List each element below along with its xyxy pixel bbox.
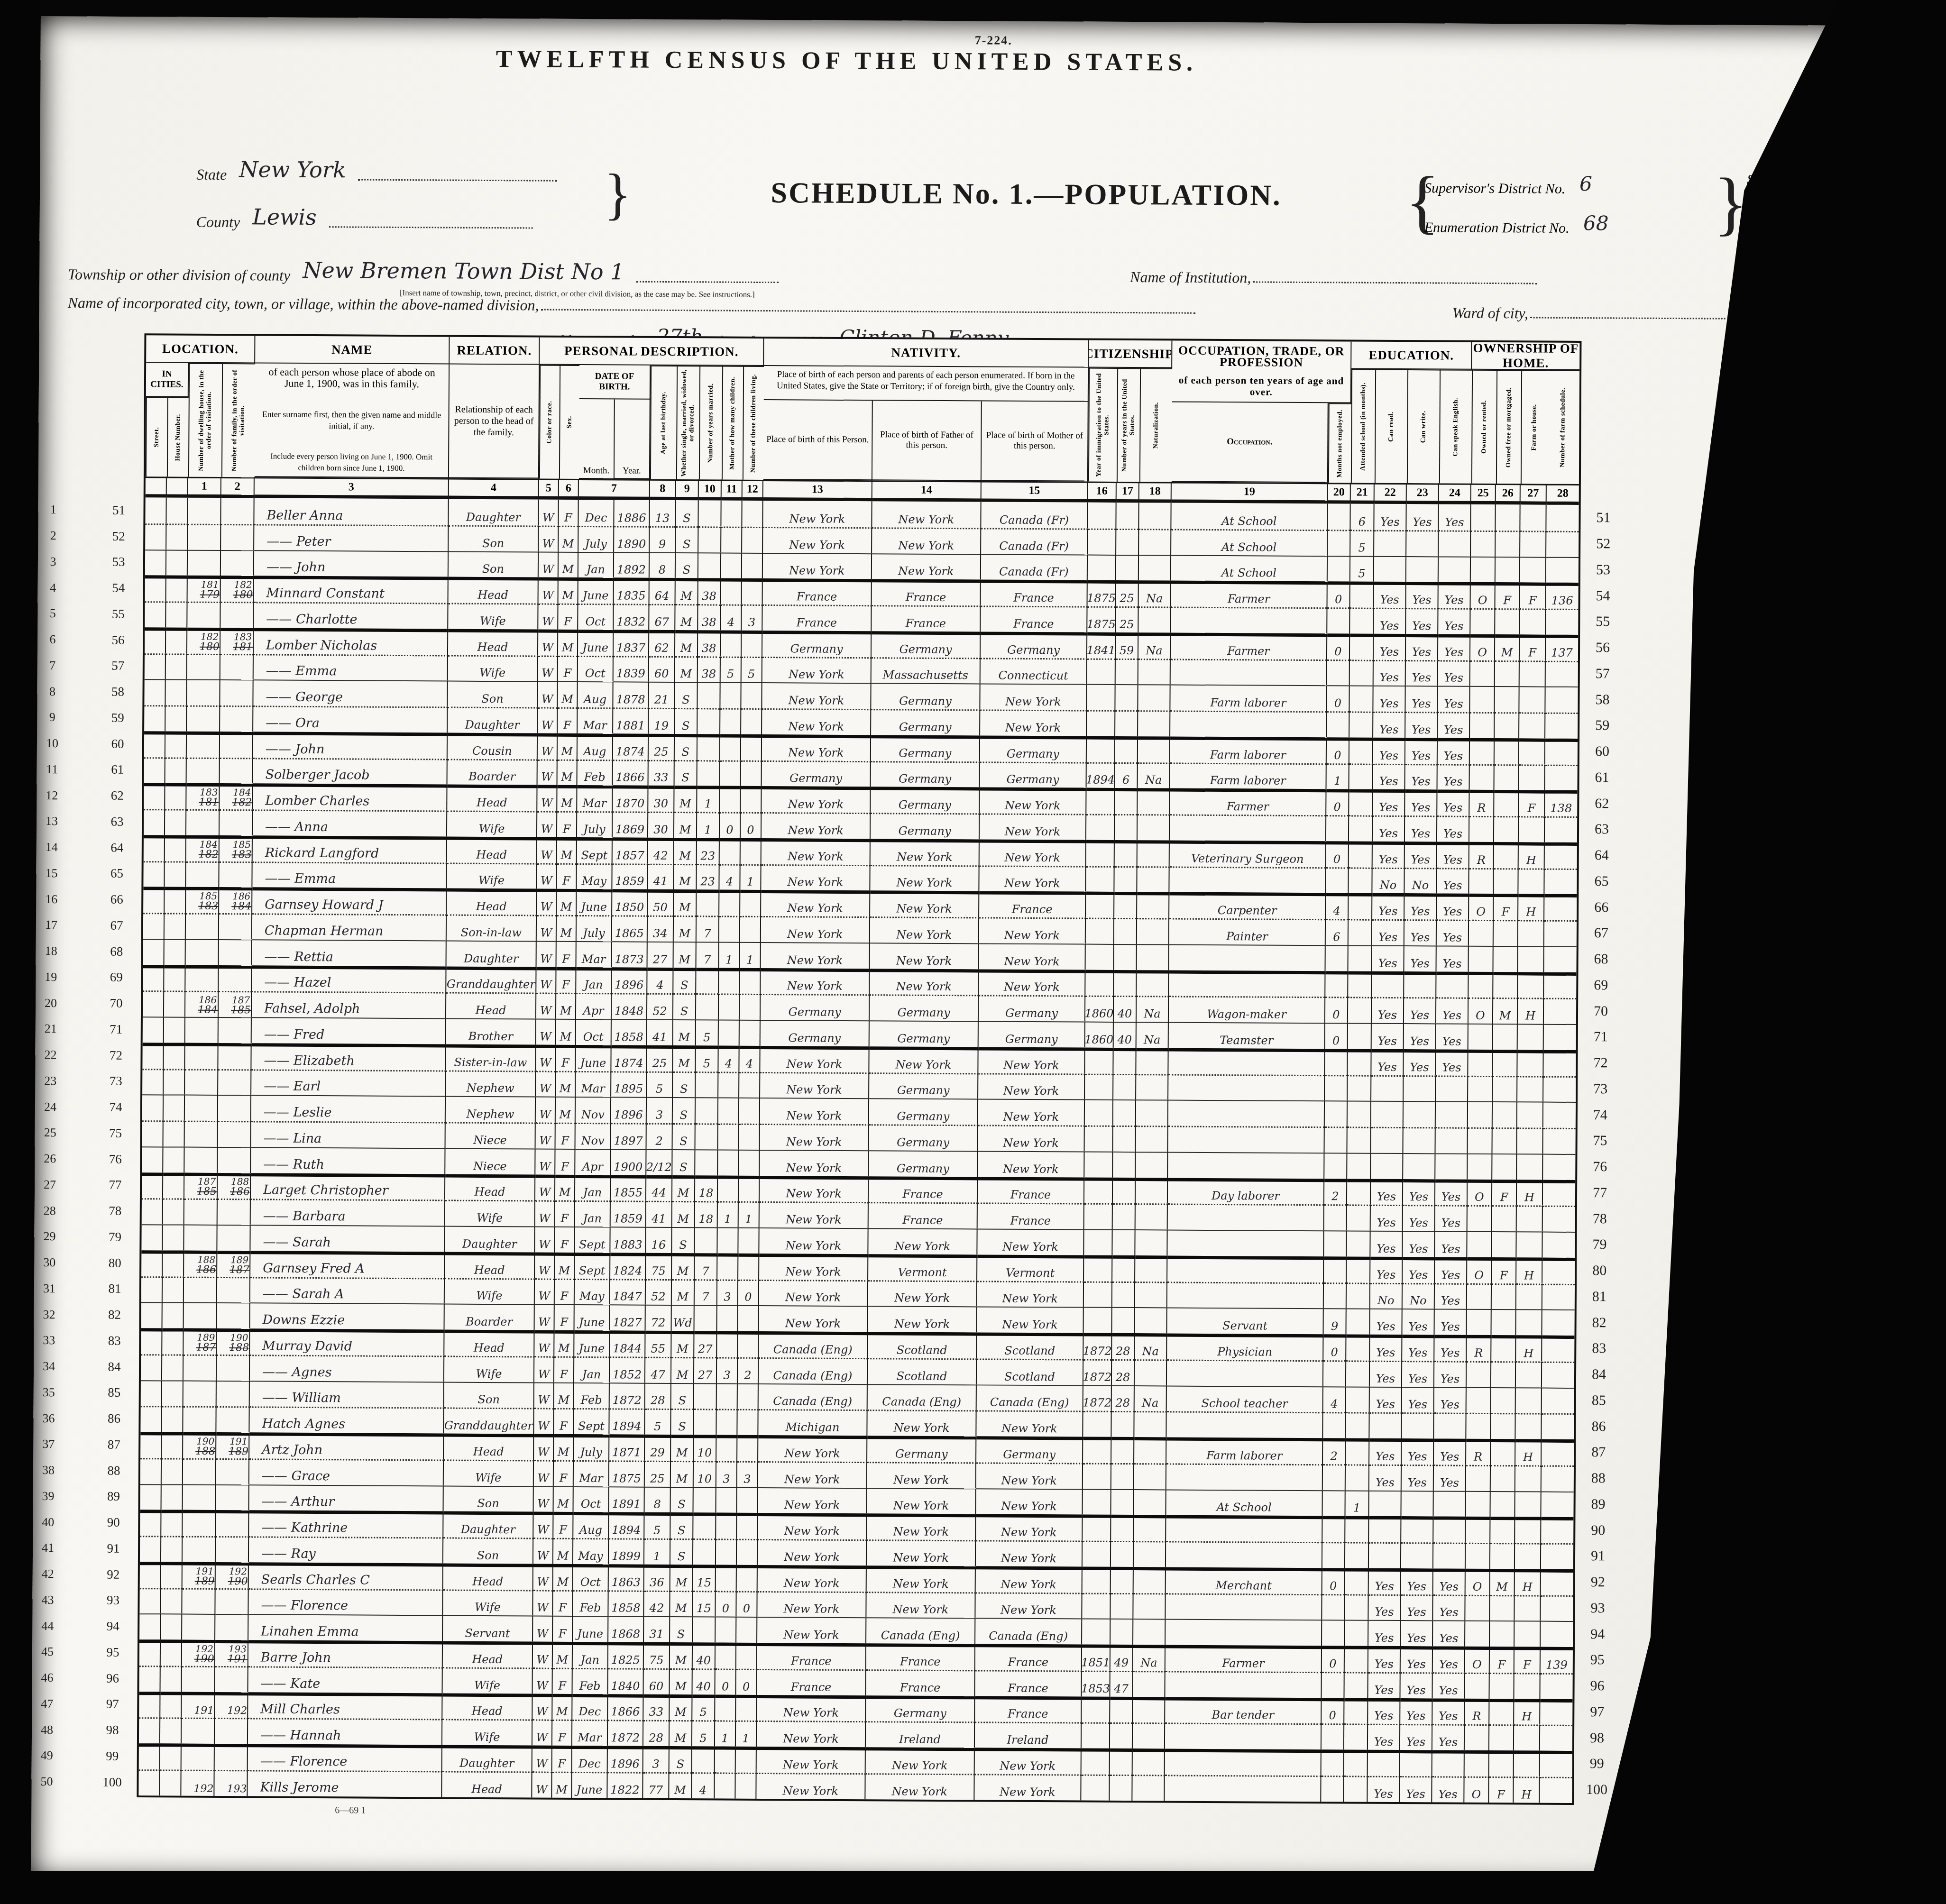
cell-house-number bbox=[163, 1302, 184, 1328]
cell-birth-year: 1858 bbox=[608, 1590, 644, 1616]
cell-farm-schedule bbox=[1544, 920, 1577, 946]
cell-years-married bbox=[693, 1513, 716, 1539]
cell-house-number bbox=[165, 783, 186, 809]
cell-attended-school bbox=[1349, 893, 1372, 919]
cell-owned-rented: O bbox=[1466, 1569, 1490, 1595]
line-number: 94 bbox=[1579, 1621, 1616, 1647]
census-sheet: 7-224. TWELFTH CENSUS OF THE UNITED STAT… bbox=[31, 16, 1848, 1890]
cell-mother-birthplace: Connecticut bbox=[981, 658, 1087, 684]
cell-color: W bbox=[536, 993, 556, 1019]
cell-free-mortgaged bbox=[1493, 1101, 1517, 1127]
township-rule bbox=[636, 281, 779, 284]
cell-years-in-us bbox=[1115, 840, 1138, 866]
col-canwrite-label: Can write. bbox=[1407, 369, 1440, 483]
cell-years-married: 5 bbox=[692, 1720, 715, 1746]
cell-age: 1 bbox=[644, 1538, 670, 1565]
cell-occupation: School teacher bbox=[1167, 1385, 1323, 1412]
cell-dwelling-number: 191189 bbox=[183, 1562, 216, 1588]
cell-age: 27 bbox=[648, 941, 674, 967]
cell-naturalization bbox=[1134, 1463, 1166, 1489]
cell-free-mortgaged bbox=[1492, 1127, 1517, 1153]
cell-street bbox=[139, 1588, 161, 1614]
cell-age: 30 bbox=[648, 786, 674, 812]
cell-years-married: 5 bbox=[696, 1045, 718, 1071]
cell-can-read: Yes bbox=[1372, 893, 1404, 919]
cell-years-married bbox=[698, 526, 721, 552]
county-line: County Lewis bbox=[196, 207, 533, 234]
col-farmschedule-label: Number of farm schedule. bbox=[1547, 370, 1579, 484]
cell-children-living: 3 bbox=[737, 1461, 758, 1487]
cell-occupation bbox=[1165, 1748, 1322, 1775]
line-number: 45 bbox=[35, 1639, 60, 1665]
cell-naturalization bbox=[1138, 788, 1170, 814]
cell-can-write bbox=[1404, 971, 1436, 998]
cell-can-speak-english: Yes bbox=[1436, 1023, 1469, 1049]
cell-birth-month: Jan bbox=[576, 967, 612, 993]
ward-rule bbox=[1530, 317, 1729, 319]
cell-mother-of-children bbox=[720, 708, 741, 734]
cell-free-mortgaged bbox=[1493, 972, 1518, 998]
cell-naturalization bbox=[1136, 1203, 1168, 1229]
cell-street bbox=[145, 575, 166, 601]
cell-naturalization bbox=[1139, 503, 1171, 529]
cell-father-birthplace: New York bbox=[867, 1410, 976, 1436]
cell-free-mortgaged bbox=[1493, 1024, 1518, 1050]
cell-birth-month: June bbox=[578, 630, 614, 656]
cell-color: W bbox=[537, 915, 557, 941]
cell-occupation bbox=[1168, 1204, 1324, 1230]
line-number: 96 bbox=[94, 1665, 132, 1691]
cell-years-married bbox=[694, 1305, 717, 1331]
cell-house-number bbox=[160, 1692, 182, 1718]
cell-color: W bbox=[532, 1693, 552, 1720]
cell-months-not-employed: 0 bbox=[1323, 1334, 1346, 1360]
cell-birthplace: New York bbox=[758, 1487, 867, 1513]
cell-birth-month: Aug bbox=[578, 681, 613, 707]
cell-color: W bbox=[535, 1304, 555, 1330]
cell-children-living: 5 bbox=[742, 656, 762, 682]
cell-years-married bbox=[696, 1123, 718, 1149]
cell-can-read bbox=[1369, 1516, 1401, 1542]
township-label: Township or other division of county bbox=[68, 265, 290, 284]
cell-birth-month: Nov bbox=[576, 1097, 611, 1123]
cell-birth-year: 1847 bbox=[610, 1279, 646, 1305]
cell-father-birthplace: New York bbox=[868, 1228, 977, 1254]
cell-birthplace: New York bbox=[762, 734, 871, 761]
cell-free-mortgaged bbox=[1492, 1231, 1516, 1257]
cell-birth-month: Mar bbox=[577, 785, 613, 811]
cell-name: Downs Ezzie bbox=[250, 1303, 445, 1330]
cell-relation: Daughter bbox=[445, 1226, 535, 1252]
column-number: 22 bbox=[1375, 483, 1407, 504]
column-number: 19 bbox=[1172, 482, 1328, 504]
cell-children-living: 3 bbox=[742, 604, 762, 631]
cell-dwelling-number: 190188 bbox=[183, 1432, 216, 1458]
column-number: 13 bbox=[763, 480, 872, 501]
cell-birth-month: Oct bbox=[573, 1564, 609, 1590]
cell-mother-of-children: 3 bbox=[716, 1461, 737, 1487]
cell-street bbox=[144, 705, 165, 731]
cell-dwelling-number bbox=[187, 653, 220, 679]
supervisor-value: 6 bbox=[1569, 172, 1603, 195]
cell-farm-or-house bbox=[1516, 1387, 1542, 1413]
line-number: 40 bbox=[36, 1509, 60, 1535]
cell-name: —— Lina bbox=[251, 1121, 446, 1148]
table-body: Beller AnnaDaughterWFDec188613SNew YorkN… bbox=[138, 497, 1579, 1803]
cell-can-write: Yes bbox=[1400, 1698, 1432, 1724]
cell-years-married bbox=[695, 1227, 717, 1253]
cell-months-not-employed: 4 bbox=[1326, 893, 1349, 919]
cell-months-not-employed bbox=[1322, 1594, 1345, 1620]
cell-color: W bbox=[535, 1278, 555, 1304]
cell-family-number bbox=[220, 732, 253, 758]
cell-months-not-employed bbox=[1328, 556, 1350, 582]
cell-can-read bbox=[1374, 530, 1406, 556]
cell-house-number bbox=[162, 1354, 184, 1380]
column-number: 9 bbox=[676, 479, 699, 500]
cell-owned-rented bbox=[1470, 608, 1495, 634]
cell-dwelling-number bbox=[182, 1718, 215, 1744]
line-number: 31 bbox=[37, 1275, 62, 1301]
cell-house-number bbox=[161, 1639, 182, 1666]
cell-birth-month: Sept bbox=[575, 1227, 610, 1253]
line-number: 93 bbox=[1579, 1595, 1616, 1621]
cell-years-in-us: 47 bbox=[1110, 1671, 1133, 1697]
cell-years-married: 15 bbox=[693, 1565, 716, 1591]
cell-can-read: Yes bbox=[1371, 1049, 1404, 1075]
cell-mother-of-children bbox=[715, 1746, 736, 1772]
line-number: 54 bbox=[100, 575, 138, 601]
cell-naturalization: Na bbox=[1133, 1645, 1166, 1671]
cell-father-birthplace: Scotland bbox=[868, 1358, 977, 1384]
cell-mother-of-children bbox=[715, 1694, 736, 1721]
cell-children-living bbox=[737, 1565, 758, 1591]
cell-house-number bbox=[165, 705, 187, 731]
line-number: 82 bbox=[1580, 1309, 1617, 1336]
cell-immigration-year bbox=[1082, 1593, 1111, 1619]
cell-mother-birthplace: Canada (Fr) bbox=[981, 502, 1088, 528]
line-number: 68 bbox=[98, 938, 136, 964]
cell-immigration-year bbox=[1085, 1073, 1113, 1099]
cell-relation: Head bbox=[447, 836, 537, 863]
microfilm-scan: 7-224. TWELFTH CENSUS OF THE UNITED STAT… bbox=[0, 0, 1946, 1904]
cell-dwelling-number bbox=[182, 1744, 215, 1770]
cell-attended-school bbox=[1346, 1412, 1369, 1438]
cell-color: W bbox=[534, 1408, 554, 1434]
col-farmhouse-label: Farm or house. bbox=[1521, 370, 1547, 484]
cell-owned-rented: O bbox=[1469, 894, 1494, 920]
cell-sex: F bbox=[552, 1746, 572, 1772]
cell-birth-month: Aug bbox=[573, 1512, 609, 1538]
cell-birth-year: 1870 bbox=[613, 786, 648, 812]
cell-months-not-employed bbox=[1322, 1490, 1345, 1516]
cell-relation: Head bbox=[443, 1563, 533, 1590]
cell-can-write: Yes bbox=[1400, 1724, 1432, 1750]
cell-months-not-employed: 2 bbox=[1323, 1438, 1346, 1464]
cell-months-not-employed bbox=[1323, 1464, 1346, 1490]
cell-house-number bbox=[166, 601, 187, 627]
cell-naturalization bbox=[1134, 1567, 1166, 1593]
cell-months-not-employed: 0 bbox=[1322, 1698, 1344, 1724]
cell-name: Searls Charles C bbox=[249, 1562, 443, 1589]
cell-occupation: Farm laborer bbox=[1166, 1437, 1323, 1464]
cell-can-read: Yes bbox=[1372, 997, 1404, 1023]
cell-children-living: 0 bbox=[736, 1668, 757, 1694]
cell-can-speak-english: Yes bbox=[1433, 1620, 1465, 1647]
cell-occupation: Farm laborer bbox=[1170, 685, 1327, 711]
cell-occupation: Farm laborer bbox=[1170, 762, 1327, 789]
cell-color: W bbox=[534, 1330, 554, 1356]
name-desc-note1: Enter surname first, then the given name… bbox=[257, 408, 445, 432]
cell-father-birthplace: Germany bbox=[869, 1150, 978, 1177]
cell-children-living: 1 bbox=[740, 864, 761, 890]
cell-years-married bbox=[696, 968, 719, 994]
cell-father-birthplace: New York bbox=[867, 1539, 976, 1566]
cell-owned-rented bbox=[1469, 764, 1494, 790]
cell-can-speak-english bbox=[1433, 1517, 1466, 1543]
cell-marital-status: Wd bbox=[671, 1305, 694, 1331]
column-number: 27 bbox=[1521, 484, 1547, 504]
cell-sex: F bbox=[558, 655, 578, 681]
cell-owned-rented bbox=[1468, 1153, 1492, 1180]
cell-immigration-year bbox=[1085, 1099, 1113, 1126]
cell-color: W bbox=[537, 889, 557, 915]
cell-children-living bbox=[737, 1513, 758, 1539]
cell-months-not-employed: 0 bbox=[1325, 997, 1348, 1023]
cell-birth-month: Sept bbox=[577, 837, 613, 863]
cell-family-number bbox=[220, 679, 253, 705]
line-number: 14 bbox=[39, 834, 64, 860]
cell-naturalization bbox=[1133, 1671, 1165, 1697]
cell-marital-status: M bbox=[672, 1201, 695, 1227]
cell-name: —— Emma bbox=[254, 654, 448, 681]
cell-children-living bbox=[741, 838, 762, 864]
cell-can-write bbox=[1401, 1516, 1433, 1542]
line-number: 62 bbox=[1583, 790, 1620, 816]
cell-birth-year: 1896 bbox=[611, 1097, 647, 1123]
cell-occupation: Physician bbox=[1167, 1333, 1323, 1360]
cell-attended-school bbox=[1347, 1205, 1371, 1231]
line-number: 10 bbox=[40, 731, 64, 757]
cell-owned-rented bbox=[1468, 1050, 1493, 1076]
cell-naturalization bbox=[1138, 814, 1170, 840]
cell-name: Hatch Agnes bbox=[249, 1407, 444, 1434]
cell-can-write bbox=[1406, 556, 1439, 582]
cell-occupation bbox=[1168, 1126, 1324, 1152]
line-number: 35 bbox=[37, 1379, 61, 1405]
cell-name: Chapman Herman bbox=[252, 913, 447, 940]
cell-naturalization bbox=[1133, 1593, 1166, 1619]
cell-attended-school bbox=[1346, 1386, 1370, 1412]
cell-can-write: Yes bbox=[1405, 842, 1437, 868]
cell-marital-status: M bbox=[671, 1461, 694, 1487]
cell-naturalization bbox=[1139, 555, 1171, 581]
cell-free-mortgaged bbox=[1496, 531, 1520, 557]
cell-street bbox=[143, 913, 165, 939]
cell-months-not-employed bbox=[1325, 1100, 1348, 1126]
cell-mother-birthplace: Canada (Fr) bbox=[981, 554, 1088, 580]
cell-mother-birthplace: New York bbox=[978, 1151, 1084, 1177]
cell-birth-year: 1822 bbox=[607, 1772, 643, 1798]
cell-marital-status: M bbox=[674, 864, 697, 890]
schedule-title: SCHEDULE No. 1.—POPULATION. bbox=[647, 176, 1405, 213]
cell-sex: F bbox=[555, 1278, 575, 1304]
line-number: 83 bbox=[1580, 1336, 1617, 1362]
cell-father-birthplace: France bbox=[872, 605, 981, 632]
cell-children-living bbox=[740, 1020, 761, 1046]
county-value: Lewis bbox=[242, 204, 327, 230]
cell-sex: F bbox=[553, 1512, 573, 1538]
cell-attended-school bbox=[1349, 789, 1373, 815]
section-occupation: OCCUPATION, TRADE, OR PROFESSION of each… bbox=[1172, 341, 1352, 403]
cell-marital-status: S bbox=[673, 968, 696, 994]
cell-months-not-employed bbox=[1325, 1049, 1348, 1075]
line-number: 64 bbox=[98, 834, 136, 860]
cell-mother-of-children bbox=[720, 734, 741, 760]
cell-mother-birthplace: Canada (Eng) bbox=[975, 1618, 1082, 1645]
cell-farm-schedule bbox=[1542, 1439, 1574, 1465]
cell-marital-status: M bbox=[675, 604, 698, 630]
cell-occupation: Bar tender bbox=[1165, 1697, 1322, 1723]
cell-can-write: No bbox=[1403, 1283, 1435, 1309]
cell-sex: M bbox=[556, 1019, 576, 1045]
cell-can-write: Yes bbox=[1402, 1309, 1434, 1335]
cell-children-living: 0 bbox=[741, 812, 762, 838]
cell-name: —— Earl bbox=[251, 1069, 446, 1096]
column-number: 15 bbox=[982, 481, 1088, 502]
cell-sex: F bbox=[555, 1148, 575, 1174]
cell-naturalization bbox=[1136, 1099, 1168, 1126]
line-number: 2 bbox=[41, 523, 65, 549]
col-sex-label: Sex. bbox=[559, 365, 579, 479]
cell-occupation bbox=[1166, 1541, 1322, 1567]
cell-months-not-employed: 4 bbox=[1323, 1386, 1346, 1412]
cell-can-speak-english: Yes bbox=[1434, 1335, 1467, 1361]
line-number: 73 bbox=[1582, 1076, 1619, 1102]
cell-color: W bbox=[537, 837, 557, 863]
cell-dwelling-number: 183181 bbox=[186, 783, 220, 809]
cell-dwelling-number bbox=[185, 1095, 218, 1121]
cell-mother-birthplace: Germany bbox=[979, 1021, 1085, 1047]
cell-color: W bbox=[532, 1720, 552, 1746]
cell-farm-or-house: H bbox=[1518, 894, 1544, 920]
cell-birth-year: 1878 bbox=[613, 682, 649, 708]
line-number: 50 bbox=[34, 1769, 59, 1795]
cell-owned-rented bbox=[1469, 816, 1494, 842]
cell-farm-or-house bbox=[1519, 816, 1545, 842]
cell-owned-rented: O bbox=[1464, 1776, 1489, 1803]
line-number: 29 bbox=[37, 1224, 62, 1250]
line-number: 87 bbox=[95, 1432, 133, 1458]
cell-can-write: Yes bbox=[1402, 1335, 1434, 1361]
enumeration-line: Enumeration District No. 68 bbox=[1424, 213, 1619, 238]
cell-age: 52 bbox=[646, 1279, 672, 1305]
line-number: 99 bbox=[93, 1743, 131, 1769]
line-number: 99 bbox=[1579, 1751, 1616, 1777]
col-monthsnotemployed-label: Months not employed. bbox=[1328, 403, 1351, 483]
cell-sex: M bbox=[559, 525, 578, 551]
cell-marital-status: S bbox=[676, 526, 698, 552]
cell-can-speak-english bbox=[1436, 971, 1469, 998]
cell-dwelling-number bbox=[186, 809, 220, 835]
cell-street bbox=[140, 1432, 162, 1458]
cell-owned-rented bbox=[1466, 1413, 1491, 1439]
cell-age: 42 bbox=[648, 837, 674, 863]
cell-occupation: At School bbox=[1171, 555, 1328, 581]
cell-dwelling-number bbox=[186, 939, 219, 965]
cell-months-not-employed bbox=[1321, 1776, 1344, 1802]
cell-owned-rented bbox=[1465, 1673, 1489, 1699]
cell-farm-or-house bbox=[1518, 946, 1544, 972]
cell-can-write: Yes bbox=[1401, 1594, 1433, 1620]
cell-mother-birthplace: New York bbox=[977, 1281, 1084, 1307]
cell-years-in-us bbox=[1114, 970, 1137, 996]
cell-children-living bbox=[742, 578, 763, 604]
cell-immigration-year bbox=[1087, 710, 1115, 736]
cell-owned-rented bbox=[1471, 531, 1496, 557]
cell-can-read: Yes bbox=[1368, 1646, 1401, 1672]
line-number: 38 bbox=[36, 1457, 61, 1483]
inner-line-numbers: 5152535455565758596061626364656667686970… bbox=[93, 497, 138, 1795]
cell-farm-schedule bbox=[1540, 1673, 1572, 1699]
enumeration-label: Enumeration District No. bbox=[1424, 220, 1570, 236]
cell-can-write: Yes bbox=[1404, 919, 1437, 945]
cell-name: —— Sarah bbox=[250, 1225, 445, 1252]
cell-years-in-us bbox=[1113, 1048, 1136, 1074]
cell-sex: M bbox=[558, 759, 578, 785]
cell-mother-of-children: 0 bbox=[715, 1668, 736, 1694]
cell-color: W bbox=[537, 941, 557, 967]
cell-months-not-employed: 0 bbox=[1325, 1023, 1348, 1049]
cell-farm-or-house bbox=[1517, 1153, 1543, 1180]
cell-street bbox=[144, 809, 165, 835]
cell-mother-birthplace: New York bbox=[979, 943, 1086, 970]
cell-attended-school bbox=[1349, 815, 1373, 841]
cell-owned-rented: O bbox=[1468, 1179, 1492, 1205]
cell-birth-year: 1840 bbox=[608, 1668, 643, 1694]
cell-free-mortgaged bbox=[1494, 816, 1519, 842]
cell-attended-school bbox=[1346, 1309, 1370, 1335]
cell-naturalization: Na bbox=[1135, 1333, 1167, 1359]
cell-marital-status: S bbox=[671, 1383, 694, 1409]
cell-dwelling-number bbox=[187, 731, 220, 757]
cell-children-living bbox=[735, 1772, 756, 1798]
cell-can-write: Yes bbox=[1400, 1776, 1432, 1802]
cell-years-in-us bbox=[1111, 1593, 1133, 1619]
cell-years-in-us bbox=[1111, 1463, 1134, 1489]
cell-mother-of-children bbox=[721, 630, 742, 656]
cell-owned-rented bbox=[1469, 1024, 1493, 1050]
cell-attended-school bbox=[1350, 659, 1374, 686]
cell-years-in-us bbox=[1112, 1281, 1135, 1307]
cell-color: W bbox=[539, 551, 559, 577]
cell-family-number: 187185 bbox=[219, 991, 252, 1017]
ward-label: Ward of city, bbox=[1452, 304, 1528, 322]
column-number: 17 bbox=[1117, 482, 1139, 503]
cell-farm-or-house bbox=[1514, 1725, 1540, 1751]
line-number: 24 bbox=[38, 1094, 63, 1120]
line-number: 85 bbox=[95, 1380, 133, 1406]
col-yearsmarried-label: Number of years married. bbox=[699, 366, 722, 479]
cell-farm-or-house bbox=[1516, 1361, 1542, 1387]
cell-age: 33 bbox=[649, 760, 675, 786]
cell-birthplace: New York bbox=[760, 1175, 869, 1202]
cell-mother-birthplace: New York bbox=[976, 1566, 1083, 1593]
cell-mother-birthplace: New York bbox=[977, 1307, 1083, 1333]
cell-free-mortgaged: F bbox=[1492, 1180, 1517, 1206]
cell-birth-month: Mar bbox=[578, 707, 613, 733]
cell-farm-schedule bbox=[1541, 1595, 1573, 1621]
